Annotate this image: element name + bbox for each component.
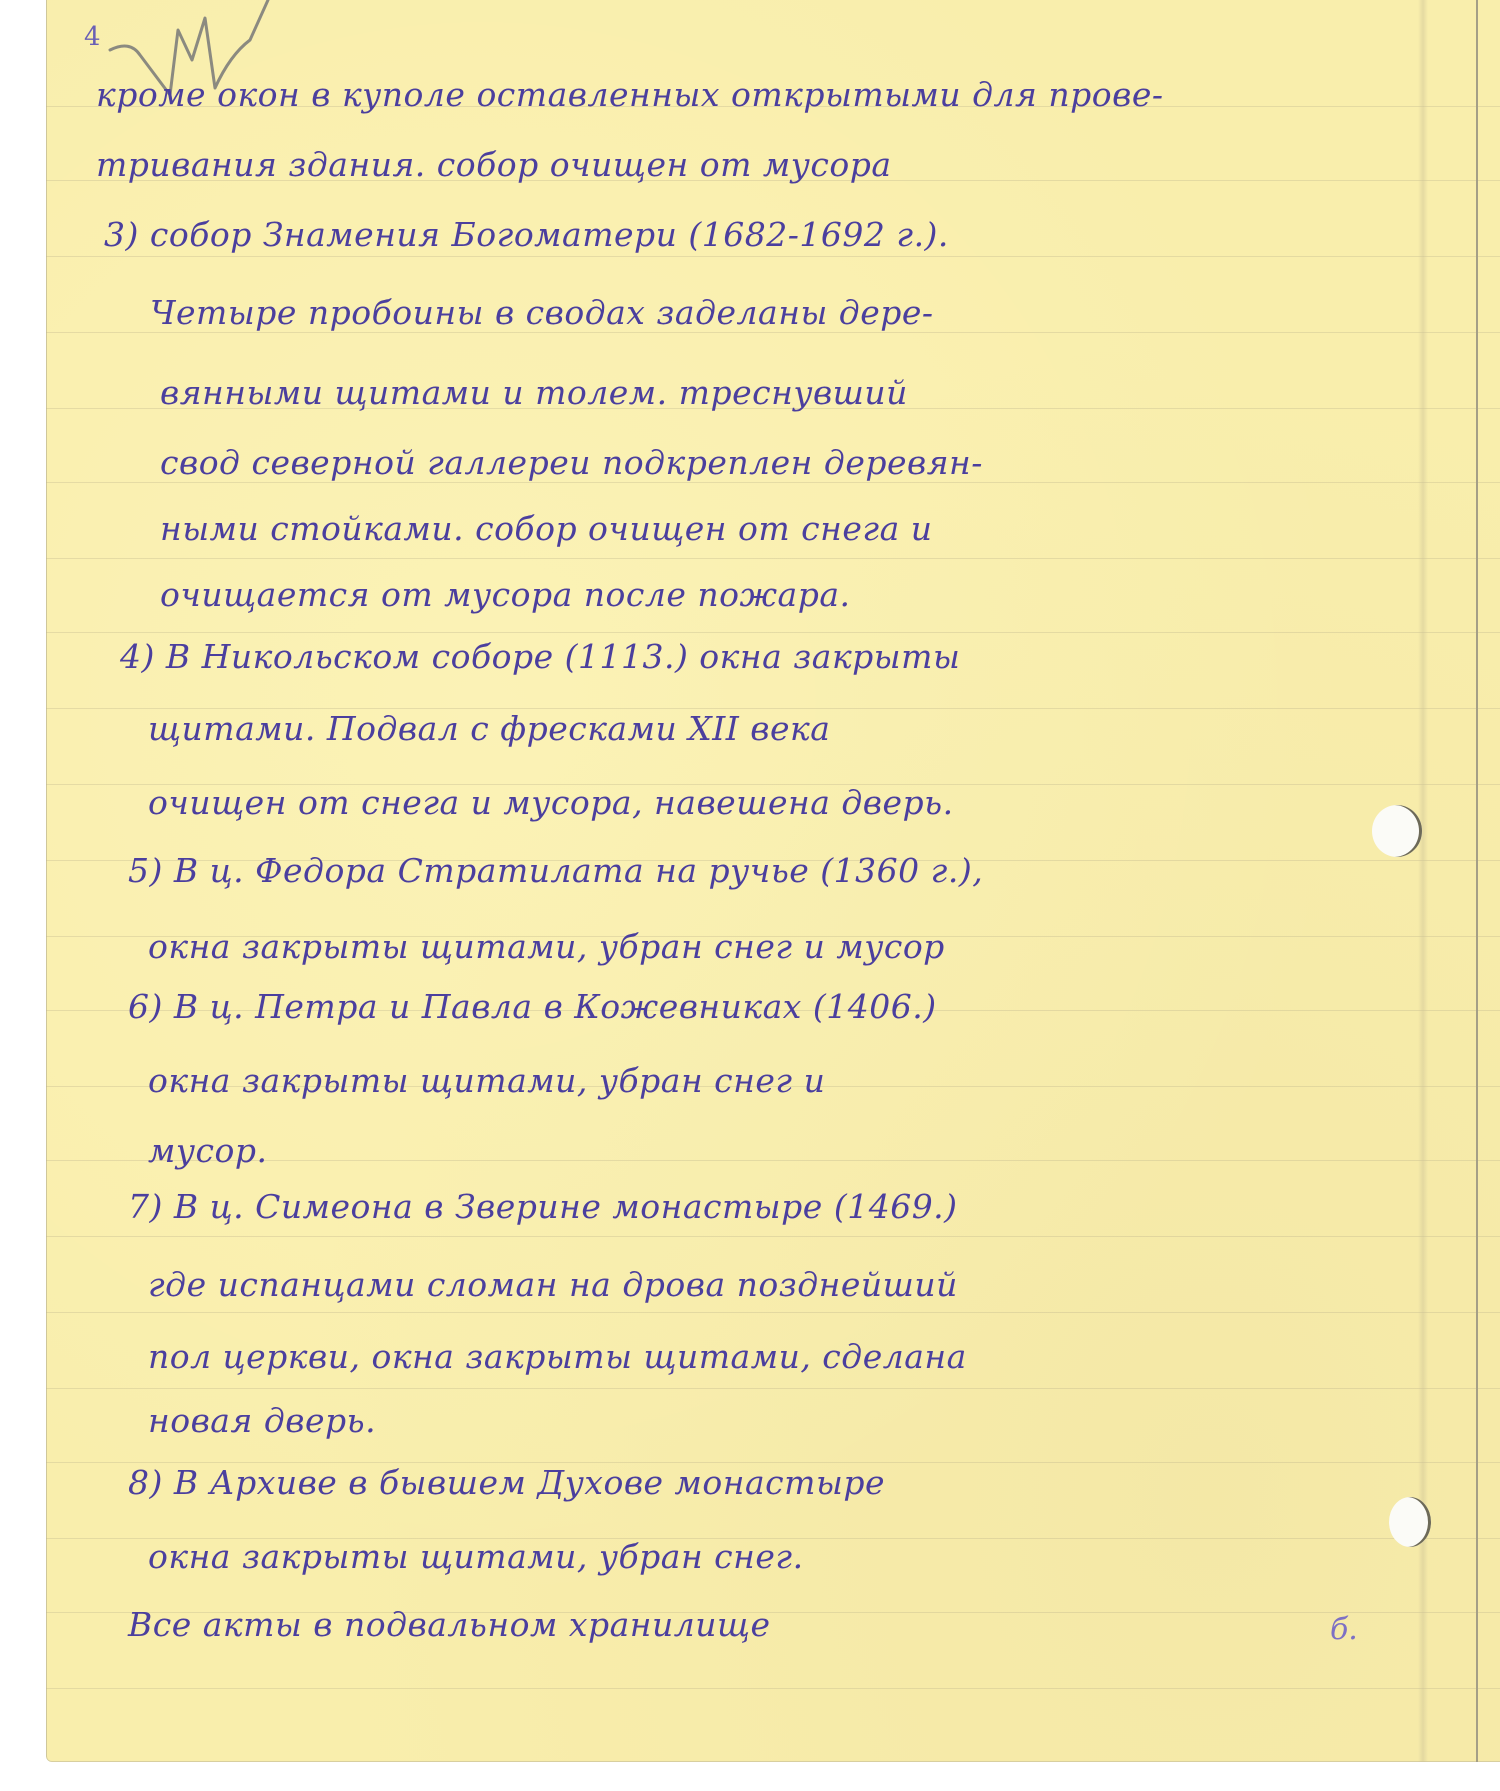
ruled-line	[46, 332, 1500, 333]
ruled-line	[46, 1312, 1500, 1313]
text-line: 8) В Архиве в бывшем Духове монастыре	[128, 1466, 885, 1499]
text-line: очищается от мусора после пожара.	[160, 578, 851, 611]
text-line: где испанцами сломан на дрова позднейший	[148, 1268, 958, 1301]
ruled-line	[46, 1688, 1500, 1689]
text-line: очищен от снега и мусора, навешена дверь…	[148, 786, 954, 819]
ruled-line	[46, 1388, 1500, 1389]
ruled-line	[46, 256, 1500, 257]
text-line: вянными щитами и толем. треснувший	[160, 376, 908, 409]
ruled-line	[46, 1236, 1500, 1237]
ruled-line	[46, 558, 1500, 559]
text-line: новая дверь.	[148, 1404, 376, 1437]
text-line: щитами. Подвал с фресками XII века	[148, 712, 830, 745]
text-line: 4) В Никольском соборе (1113.) окна закр…	[120, 640, 960, 673]
text-line: окна закрыты щитами, убран снег и мусор	[148, 930, 945, 963]
text-line: 3) собор Знамения Богоматери (1682-1692 …	[104, 218, 949, 251]
text-line: ными стойками. собор очищен от снега и	[160, 512, 933, 545]
text-line: 5) В ц. Федора Стратилата на ручье (1360…	[128, 854, 983, 887]
text-line: тривания здания. собор очищен от мусора	[96, 148, 892, 181]
corner-number-mark: 4	[84, 22, 101, 52]
text-line: кроме окон в куполе оставленных открытым…	[96, 78, 1164, 111]
punch-hole	[1372, 805, 1422, 857]
text-line: мусор.	[148, 1134, 267, 1167]
text-line: 7) В ц. Симеона в Зверине монастыре (146…	[128, 1190, 958, 1223]
text-line: Все акты в подвальном хранилище	[128, 1608, 771, 1641]
ruled-line	[46, 482, 1500, 483]
text-line: свод северной галлереи подкреплен деревя…	[160, 446, 983, 479]
text-line: 6) В ц. Петра и Павла в Кожевниках (1406…	[128, 990, 937, 1023]
text-line: Четыре пробоины в сводах заделаны дере-	[150, 296, 934, 329]
text-line: окна закрыты щитами, убран снег.	[148, 1540, 804, 1573]
text-line: окна закрыты щитами, убран снег и	[148, 1064, 825, 1097]
punch-hole	[1389, 1497, 1431, 1547]
paper-fold	[1418, 0, 1428, 1762]
text-line: пол церкви, окна закрыты щитами, сделана	[148, 1340, 967, 1373]
page-marker: б.	[1330, 1612, 1358, 1647]
paper-edge-line	[1476, 0, 1478, 1762]
ruled-line	[46, 632, 1500, 633]
